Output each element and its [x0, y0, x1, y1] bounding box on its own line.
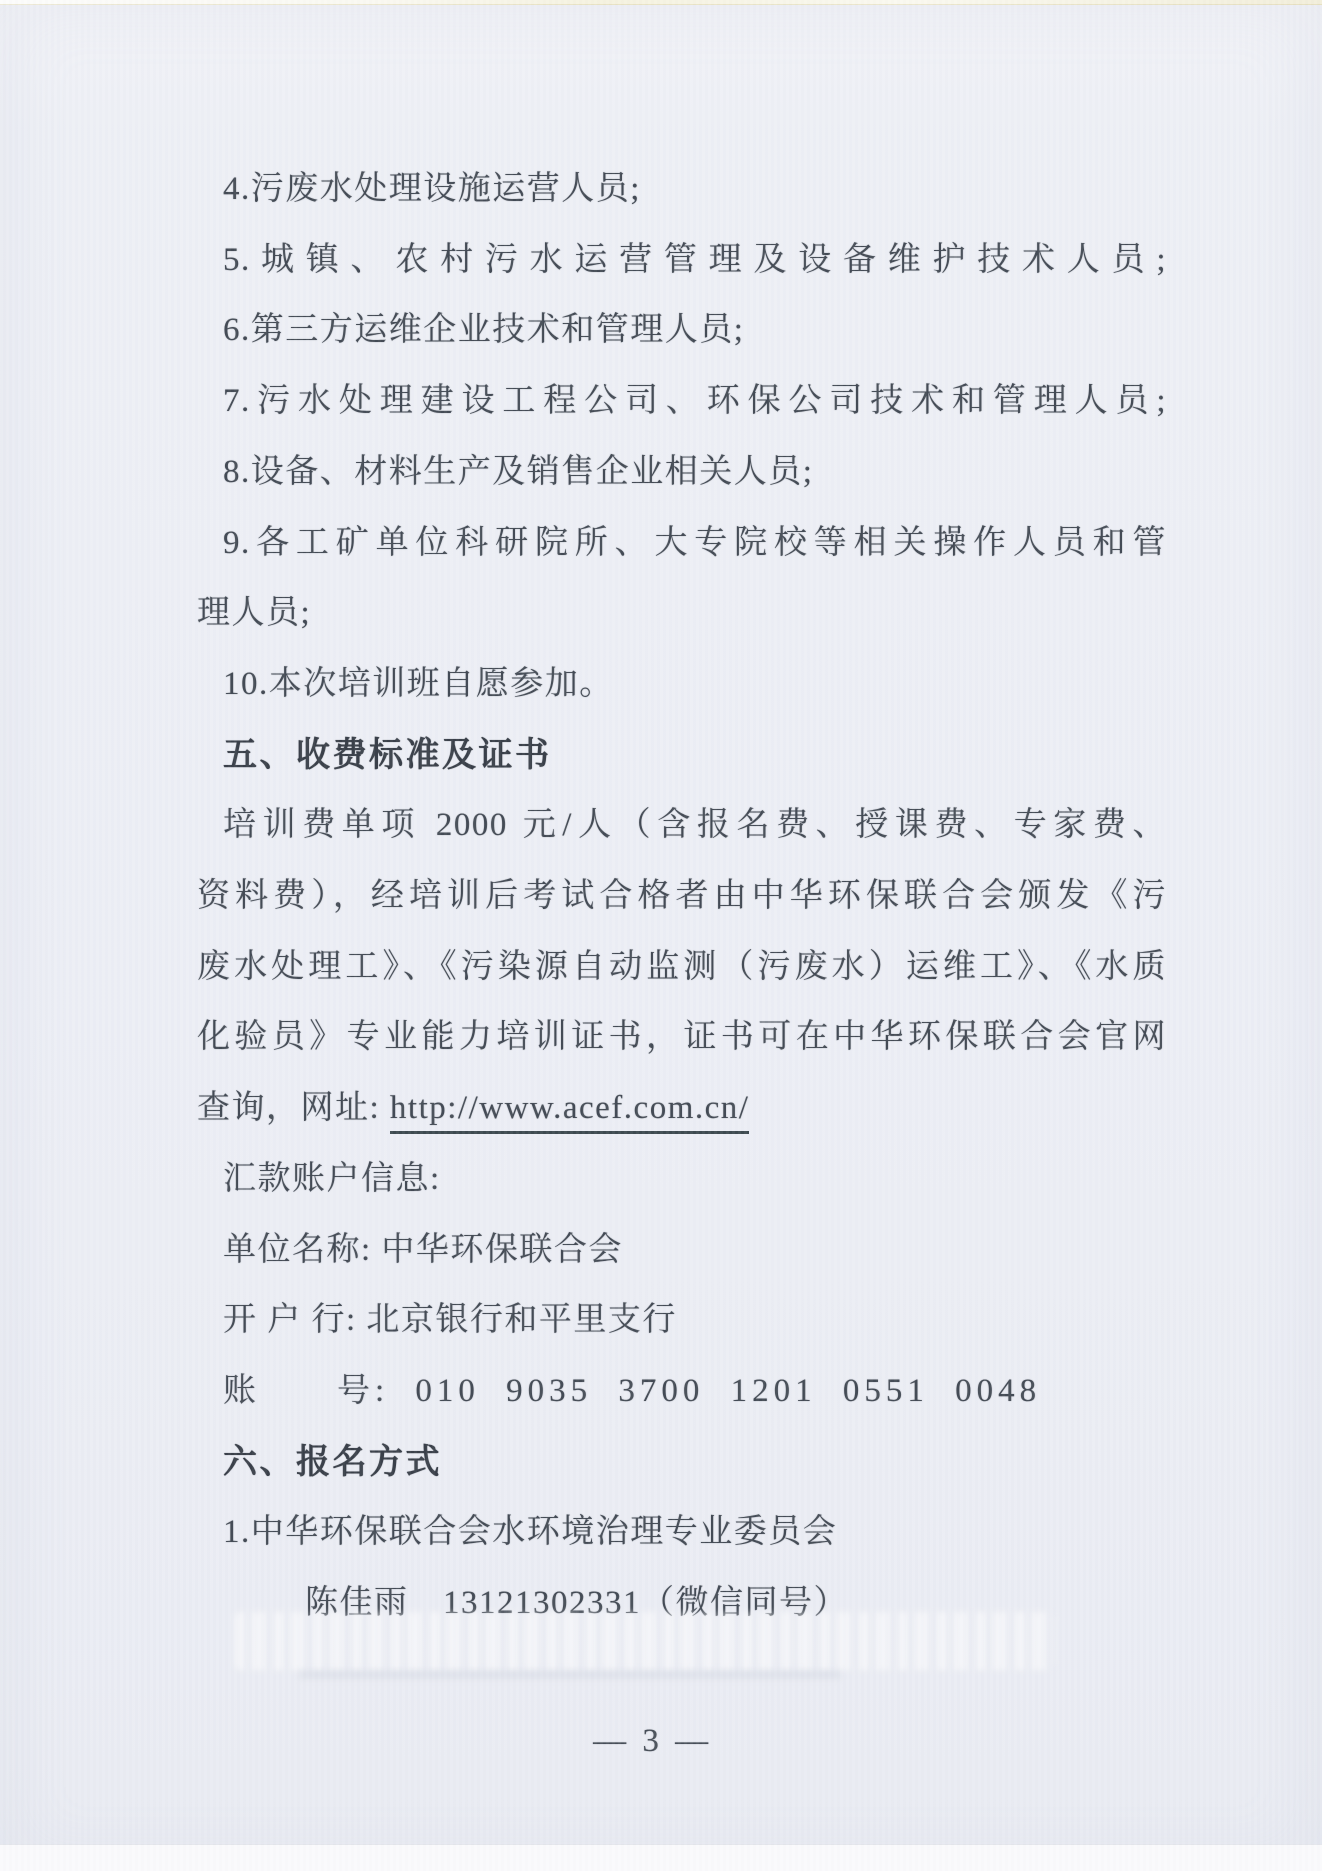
- scanned-document-page: 4.污废水处理设施运营人员; 5.城镇、农村污水运营管理及设备维护技术人员; 6…: [0, 0, 1322, 1871]
- fee-paragraph-line-4: 化验员》专业能力培训证书，证书可在中华环保联合会官网: [197, 1002, 1167, 1073]
- account-number-line: 账 号: 010 9035 3700 1201 0551 0048: [197, 1356, 1167, 1427]
- registration-committee-line: 1.中华环保联合会水环境治理专业委员会: [197, 1497, 1167, 1568]
- list-item-9: 9.各工矿单位科研院所、大专院校等相关操作人员和管: [197, 508, 1167, 579]
- fee-paragraph-line-3: 废水处理工》、《污染源自动监测（污废水）运维工》、《水质: [197, 932, 1167, 1003]
- list-item-4: 4.污废水处理设施运营人员;: [197, 154, 1167, 225]
- website-line-prefix: 查询，网址:: [197, 1090, 390, 1126]
- list-item-10: 10.本次培训班自愿参加。: [197, 649, 1167, 720]
- account-name-line: 单位名称: 中华环保联合会: [197, 1215, 1167, 1286]
- list-item-6: 6.第三方运维企业技术和管理人员;: [197, 295, 1167, 366]
- website-line: 查询，网址: http://www.acef.com.cn/: [197, 1073, 1167, 1144]
- fee-paragraph-line-2: 资料费），经培训后考试合格者由中华环保联合会颁发《污: [197, 861, 1167, 932]
- scan-edge-bottom: [0, 1844, 1322, 1871]
- list-item-5: 5.城镇、农村污水运营管理及设备维护技术人员;: [197, 225, 1167, 296]
- fee-paragraph-line-1: 培训费单项 2000 元/人（含报名费、授课费、专家费、: [197, 790, 1167, 861]
- page-number: — 3 —: [593, 1723, 712, 1760]
- document-body: 4.污废水处理设施运营人员; 5.城镇、农村污水运营管理及设备维护技术人员; 6…: [0, 0, 1167, 1639]
- acef-website-link[interactable]: http://www.acef.com.cn/: [390, 1090, 750, 1134]
- list-item-7: 7.污水处理建设工程公司、环保公司技术和管理人员;: [197, 366, 1167, 437]
- heading-fees-and-certificates: 五、收费标准及证书: [197, 720, 1167, 791]
- heading-registration-method: 六、报名方式: [197, 1427, 1167, 1498]
- list-item-8: 8.设备、材料生产及销售企业相关人员;: [197, 437, 1167, 508]
- remittance-info-label: 汇款账户信息:: [197, 1144, 1167, 1215]
- bank-branch-line: 开 户 行: 北京银行和平里支行: [197, 1285, 1167, 1356]
- scan-ghost-band: [235, 1612, 1055, 1670]
- list-item-9-wrap: 理人员;: [197, 578, 1167, 649]
- scan-ghost-smear: [300, 1670, 840, 1679]
